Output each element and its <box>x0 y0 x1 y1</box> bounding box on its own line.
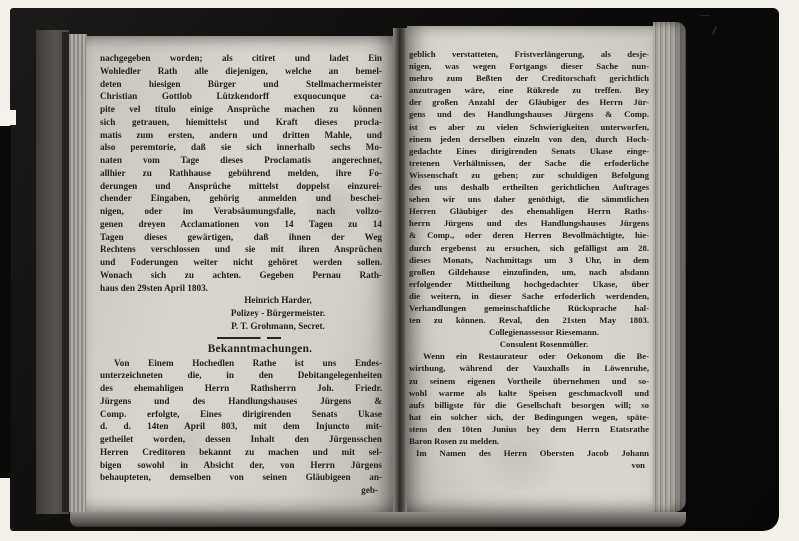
text-line: & Comp., oder deren Herren Bevollmächtig… <box>409 229 649 241</box>
left-page-edges <box>69 34 87 512</box>
text-line: zu seinem eigenen Vortheile übernehmen u… <box>409 375 649 387</box>
text-line: pite vel titulo einige Ansprüche machen … <box>100 103 382 116</box>
text-line: großen Gildehause einzufinden, um, nach … <box>409 266 649 278</box>
text-line: durch ergebenst zu ersuchen, sich gefäll… <box>409 242 649 254</box>
text-line: Comp. erfolgte, Eines dirigirenden Senat… <box>100 408 382 421</box>
text-line: der großen Anzahl der Gläubiger des Herr… <box>409 96 649 108</box>
text-line: matis zum ersten, andern und dritten Mah… <box>100 129 382 142</box>
text-line: die weitern, in dieser Sache erfoderlich… <box>409 290 649 302</box>
section-heading: Bekanntmachungen. <box>100 342 382 357</box>
text-line: Tagen dieses gewärtigen, daß ihnen der W… <box>100 231 382 244</box>
film-edge-tab <box>0 126 11 478</box>
text-line: einem jeden derselben einzeln von den, d… <box>409 133 649 145</box>
text-line: Verhandlungen gemeinschaftliche Rückspra… <box>409 302 649 314</box>
text-line: sich getrauen, hiemittelst und Kraft die… <box>100 116 382 129</box>
text-line: wirthung, während der Vauxhalls in Löwen… <box>409 362 649 374</box>
book-gutter-shadow <box>393 28 408 514</box>
text-line: Herren Gläubiger des ehemahligen Herrn R… <box>409 205 649 217</box>
text-line: Wohledler Rath alle diejenigen, welche a… <box>100 65 382 78</box>
text-line: allhier zu Rathhause gebührend melden, i… <box>100 167 382 180</box>
catchword: geb- <box>100 484 382 497</box>
text-line: Rechtens verschlossen und sie mit ihren … <box>100 243 382 256</box>
signature-line: Heinrich Harder, <box>100 294 382 307</box>
text-line: stens den 10ten Junius bey dem Herrn Eta… <box>409 423 649 435</box>
text-line: ten zu können. Reval, den 21sten May 180… <box>409 314 649 326</box>
text-line: Christian Gottlob Lützkendorff exquocunq… <box>100 90 382 103</box>
text-line: des ehemahligen Herrn Rathsherrn Joh. Fr… <box>100 382 382 395</box>
text-line: Im Namen des Herrn Obersten Jacob Johann <box>409 447 649 459</box>
text-line: behaupteten, demselben von seinen Gläubi… <box>100 471 382 484</box>
right-page-text: geblich verstatteten, Fristverlängerung,… <box>409 48 649 471</box>
text-line: sehen wir uns daher genöthigt, die sämmt… <box>409 193 649 205</box>
text-line: Wissenschaft zu geben; zur schuldigen Be… <box>409 169 649 181</box>
text-line: d. d. 14ten April 803, mit dem Injuncto … <box>100 420 382 433</box>
left-page-text: nachgegeben worden; als citiret und lade… <box>100 52 382 497</box>
text-line: deten hiesigen Bürger und Stellmachermei… <box>100 78 382 91</box>
text-line: Wenn ein Restaurateur oder Oekonom die B… <box>409 350 649 362</box>
text-line: Herren Creditoren bekannt zu machen und … <box>100 446 382 459</box>
text-line: genen dreyen Acclamationen von 14 Tagen … <box>100 218 382 231</box>
bottom-page-edges <box>70 512 686 527</box>
signature-line: Polizey - Bürgermeister. <box>100 307 382 320</box>
text-line: naten vom Tage dieses Proclamatis angere… <box>100 154 382 167</box>
text-line: bigen sowohl in Absicht der, von Herrn J… <box>100 459 382 472</box>
text-line: derungen und Ansprüche mittelst doppelst… <box>100 180 382 193</box>
text-line: haus den 29sten April 1803. <box>100 282 382 295</box>
section-divider <box>100 333 382 342</box>
text-line: des uns deshalb ertheilten gerichtlichen… <box>409 181 649 193</box>
text-line: getheilet worden, dessen Inhalt den Jürg… <box>100 433 382 446</box>
text-line: hat ein solcher sich, der Bedingungen we… <box>409 411 649 423</box>
text-line: anzutragen wäre, eine Rükrede zu treffen… <box>409 84 649 96</box>
text-line: chender Eingaben, gehörig anmelden und b… <box>100 192 382 205</box>
text-line: dieses Monats, Nachmittags um 3 Uhr, in … <box>409 254 649 266</box>
catchword: von <box>409 459 649 471</box>
text-line: aufs billigste für die Gesellschaft beso… <box>409 399 649 411</box>
text-line: Baron Rosen zu melden. <box>409 435 649 447</box>
text-line: mehro zum Beßten der Creditorschaft geri… <box>409 72 649 84</box>
scratch-mark <box>700 15 710 16</box>
text-line: erfolgender Mittheilung hochgedachter Uk… <box>409 278 649 290</box>
text-line: nigen, was wegen Fortgangs dieser Sache … <box>409 60 649 72</box>
signature-line: Consulent Rosenmüller. <box>409 338 649 350</box>
text-line: gens und des Handlungshauses Jürgens & C… <box>409 108 649 120</box>
text-line: geblich verstatteten, Fristverlängerung,… <box>409 48 649 60</box>
signature-line: P. T. Grohmann, Secret. <box>100 320 382 333</box>
text-line: nigen, oder im Verabsäumungsfalle, nach … <box>100 205 382 218</box>
text-line: unterzeichneten die, in den Debitangeleg… <box>100 369 382 382</box>
text-line: herrn Jürgens und des Handlungshauses Jü… <box>409 217 649 229</box>
border-notch <box>0 110 16 125</box>
text-line: Wonach sich zu achten. Gegeben Pernau Ra… <box>100 269 382 282</box>
fore-edge-page-stack <box>653 22 686 512</box>
signature-line: Collegienassessor Riesemann. <box>409 326 649 338</box>
text-line: wohl warme als kalte Speisen geschmackvo… <box>409 387 649 399</box>
photograph-of-book: nachgegeben worden; als citiret und lade… <box>0 0 799 541</box>
text-line: ist es aber zu vielen Schwierigkeiten un… <box>409 121 649 133</box>
text-line: Jürgens und des Handlungshauses Jürgens … <box>100 395 382 408</box>
text-line: und Foderungen weiter nicht gehöret werd… <box>100 256 382 269</box>
text-line: nachgegeben worden; als citiret und lade… <box>100 52 382 65</box>
text-line: Von Einem Hochedlen Rathe ist uns Endes- <box>100 357 382 370</box>
text-line: tretenen Verhältnissen, der Sache die er… <box>409 157 649 169</box>
text-line: gedachte Eines dirigirenden Senats Ukase… <box>409 145 649 157</box>
text-line: also peremtorie, daß sie sich innerhalb … <box>100 141 382 154</box>
